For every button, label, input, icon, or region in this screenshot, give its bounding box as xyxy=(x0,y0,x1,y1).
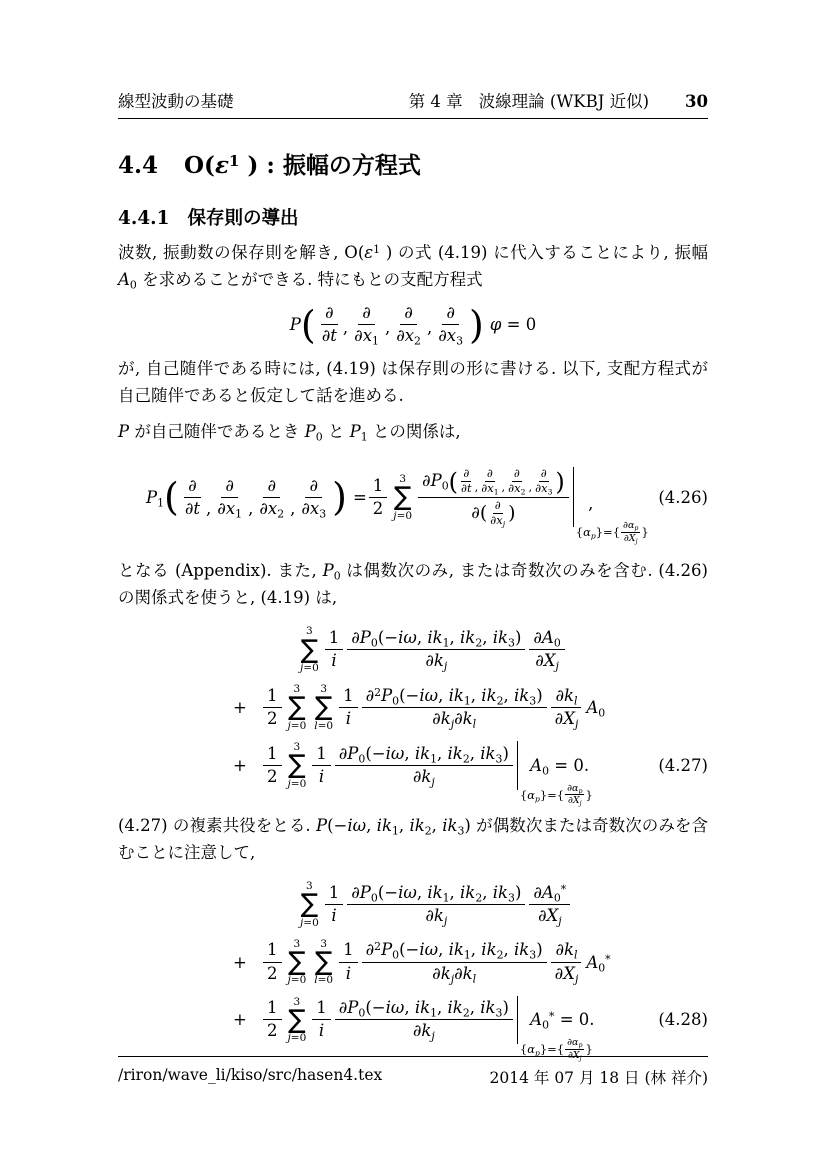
fraction: ∂∂t xyxy=(318,303,341,346)
fraction: ∂αp∂Xj xyxy=(565,783,584,807)
fraction: 1i xyxy=(325,883,344,926)
plus-operator: + xyxy=(233,953,261,972)
denominator: i xyxy=(327,650,340,671)
section-heading: 4.4 O(ε1 ) : 振幅の方程式 xyxy=(118,147,708,180)
fraction: ∂∂x3 xyxy=(434,303,467,346)
fraction: ∂∂xj xyxy=(488,499,507,528)
numerator: ∂ xyxy=(493,499,503,514)
denominator: 2 xyxy=(263,1020,282,1041)
sigma-symbol: ∑ xyxy=(288,753,306,778)
denominator: ∂Xj xyxy=(534,905,566,926)
denominator: ∂ ( ∂∂xj ) xyxy=(467,498,519,528)
numerator: ∂ xyxy=(485,467,495,482)
equation-4-27: 3∑j=0 1i ∂P0(−iω, ik1, ik2, ik3)∂kj ∂A0∂… xyxy=(118,625,708,789)
comma: , xyxy=(248,499,253,527)
fraction: ∂kl∂Xj xyxy=(551,686,583,729)
numerator: ∂ xyxy=(184,476,201,498)
numerator: ∂P0(−iω, ik1, ik2, ik3) xyxy=(335,998,513,1020)
page-number: 30 xyxy=(685,92,708,111)
footer-rule xyxy=(118,1056,708,1057)
denominator: ∂Xj xyxy=(551,708,583,729)
denominator: 2 xyxy=(263,708,282,729)
fraction: ∂∂x2 xyxy=(506,467,527,496)
numerator: ∂ xyxy=(461,467,471,482)
fraction: ∂∂x3 xyxy=(297,476,330,519)
denominator: ∂x1 xyxy=(479,482,500,496)
paragraph-3: P が自己随伴であるとき P0 と P1 との関係は, xyxy=(118,418,708,445)
vertical-bar xyxy=(517,996,518,1045)
numerator: ∂αp xyxy=(565,1037,584,1049)
math-token: {αp}= xyxy=(520,1042,557,1056)
sigma-symbol: ∑ xyxy=(288,950,306,975)
header-chapter-group: 第 4 章 波線理論 (WKBJ 近似) xyxy=(409,88,649,112)
equation-governing: P ( ∂∂t , ∂∂x1 , ∂∂x2 , ∂∂x3 ) φ = 0 xyxy=(118,303,708,346)
fraction-half: 12 xyxy=(263,686,282,729)
numerator: ∂ xyxy=(305,476,322,498)
fraction-half: 12 xyxy=(263,998,282,1041)
numerator: ∂ xyxy=(358,303,375,325)
equals-sign: = xyxy=(353,488,367,507)
numerator: ∂ xyxy=(263,476,280,498)
fraction: ∂P0(−iω, ik1, ik2, ik3)∂kj xyxy=(347,883,525,926)
numerator: 1 xyxy=(325,883,344,905)
fraction-half: 12 xyxy=(263,940,282,983)
header-chapter-number: 第 4 章 xyxy=(409,88,463,112)
section-title: O(ε1 ) : 振幅の方程式 xyxy=(184,147,421,180)
numerator: ∂P0 ( ∂∂t , ∂∂x1 , ∂∂x2 , ∂∂x3 ) xyxy=(418,467,569,498)
numerator: ∂P0(−iω, ik1, ik2, ik3) xyxy=(347,628,525,650)
evaluated-at-bar: {αp}= { ∂αp∂Xj } xyxy=(517,741,518,790)
right-paren: ) xyxy=(332,478,347,516)
denominator: 2 xyxy=(263,766,282,787)
denominator: ∂x2 xyxy=(506,482,527,496)
denominator: ∂Xj xyxy=(551,963,583,984)
sum-lower-limit: j=0 xyxy=(300,662,319,674)
header-rule xyxy=(118,118,708,119)
fraction: ∂∂t xyxy=(459,467,474,496)
numerator: ∂αp xyxy=(621,520,640,532)
header-right: 第 4 章 波線理論 (WKBJ 近似) 30 xyxy=(409,88,708,112)
comma: , xyxy=(290,499,295,527)
denominator: 2 xyxy=(369,498,388,519)
footer-row: /riron/wave_li/kiso/src/hasen4.tex 2014 … xyxy=(118,1066,708,1088)
main-fraction: ∂P0 ( ∂∂t , ∂∂x1 , ∂∂x2 , ∂∂x3 ) ∂ ( ∂∂x… xyxy=(418,467,569,527)
fraction-half: 12 xyxy=(263,744,282,787)
numerator: 1 xyxy=(339,686,358,708)
sum-lower-limit: j=0 xyxy=(288,974,307,986)
fraction: 1i xyxy=(339,940,358,983)
left-paren: ( xyxy=(301,306,316,344)
page-content: 線型波動の基礎 第 4 章 波線理論 (WKBJ 近似) 30 4.4 O(ε1… xyxy=(118,0,708,1066)
left-paren: ( xyxy=(480,504,487,523)
fraction: ∂∂x2 xyxy=(392,303,425,346)
fraction: 1i xyxy=(312,744,331,787)
fraction: ∂∂x3 xyxy=(533,467,554,496)
sum-lower-limit: j=0 xyxy=(288,778,307,790)
paragraph-4: となる (Appendix). また, P0 は偶数次のみ, または奇数次のみを… xyxy=(118,557,708,611)
sigma-symbol: ∑ xyxy=(315,950,333,975)
right-brace: } xyxy=(641,525,648,539)
sigma-symbol: ∑ xyxy=(301,638,319,663)
denominator: ∂Xj xyxy=(622,533,640,544)
fraction: ∂A0*∂Xj xyxy=(529,883,570,926)
numerator: ∂αp xyxy=(565,783,584,795)
summation: 3∑j=0 xyxy=(300,880,319,929)
math-token: A0 = 0. xyxy=(530,756,589,775)
fraction: ∂∂x2 xyxy=(255,476,288,519)
denominator: ∂t xyxy=(459,482,474,496)
sum-lower-limit: j=0 xyxy=(288,720,307,732)
numerator: 1 xyxy=(369,476,388,498)
evaluated-at-bar: {αp}= { ∂αp∂Xj } xyxy=(517,996,518,1045)
paragraph-2: が, 自己随伴である時には, (4.19) は保存則の形に書ける. 以下, 支配… xyxy=(118,355,708,409)
sigma-symbol: ∑ xyxy=(315,695,333,720)
header-chapter-title: 波線理論 (WKBJ 近似) xyxy=(479,88,649,112)
sigma-symbol: ∑ xyxy=(301,892,319,917)
numerator: ∂kl xyxy=(551,686,581,708)
math-token: P1 xyxy=(146,488,164,507)
sigma-symbol: ∑ xyxy=(394,485,412,510)
denominator: ∂x2 xyxy=(255,498,288,519)
denominator: ∂Xj xyxy=(531,650,563,671)
sum-lower-limit: j=0 xyxy=(288,1032,307,1044)
numerator: ∂kl xyxy=(551,940,581,962)
numerator: 1 xyxy=(263,998,282,1020)
equation-line-2: + 12 3∑j=0 3∑l=0 1i ∂2P0(−iω, ik1, ik2, … xyxy=(233,683,708,732)
fraction: ∂∂t xyxy=(181,476,204,519)
numerator: 1 xyxy=(263,686,282,708)
denominator: ∂kj xyxy=(409,766,439,787)
numerator: ∂ xyxy=(442,303,459,325)
fraction: ∂A0∂Xj xyxy=(529,628,564,671)
numerator: 1 xyxy=(263,744,282,766)
numerator: ∂2P0(−iω, ik1, ik2, ik3) xyxy=(362,686,547,708)
denominator: ∂kj∂kl xyxy=(428,963,480,984)
sigma-symbol: ∑ xyxy=(288,1008,306,1033)
fraction: ∂kl∂Xj xyxy=(551,940,583,983)
equation-number: (4.28) xyxy=(658,1010,708,1029)
right-brace: } xyxy=(585,788,592,802)
fraction: ∂∂x1 xyxy=(479,467,500,496)
footer-source-path: /riron/wave_li/kiso/src/hasen4.tex xyxy=(118,1066,382,1088)
left-brace: { xyxy=(557,788,564,802)
vertical-bar xyxy=(517,741,518,790)
evaluation-subscript: {αp}= { ∂αp∂Xj } xyxy=(520,783,593,807)
denominator: i xyxy=(315,1020,328,1041)
paragraph-5: (4.27) の複素共役をとる. P(−iω, ik1, ik2, ik3) が… xyxy=(118,812,708,866)
math-token: A0 xyxy=(586,698,605,717)
fraction: ∂P0(−iω, ik1, ik2, ik3)∂kj xyxy=(335,998,513,1041)
summation: 3∑j=0 xyxy=(288,683,307,732)
denominator: ∂kj∂kl xyxy=(428,708,480,729)
math-token: ∂ xyxy=(471,503,480,523)
denominator: ∂kj xyxy=(421,650,451,671)
fraction: ∂2P0(−iω, ik1, ik2, ik3)∂kj∂kl xyxy=(362,686,547,729)
fraction: ∂∂x1 xyxy=(213,476,246,519)
left-brace: { xyxy=(613,525,620,539)
numerator: ∂ xyxy=(539,467,549,482)
header-doc-title: 線型波動の基礎 xyxy=(118,88,234,112)
numerator: ∂ xyxy=(400,303,417,325)
denominator: ∂x1 xyxy=(350,325,383,346)
denominator: ∂t xyxy=(318,325,341,346)
comma: , xyxy=(588,482,593,513)
subsection-number: 4.4.1 xyxy=(118,208,170,229)
math-token: {αp}= xyxy=(576,525,613,539)
denominator: ∂x3 xyxy=(297,498,330,519)
fraction: 1i xyxy=(339,686,358,729)
numerator: ∂A0* xyxy=(529,883,570,905)
summation: 3∑j=0 xyxy=(288,741,307,790)
denominator: ∂x1 xyxy=(213,498,246,519)
numerator: ∂ xyxy=(221,476,238,498)
equation-line-1: 3∑j=0 1i ∂P0(−iω, ik1, ik2, ik3)∂kj ∂A0*… xyxy=(233,880,708,929)
denominator: i xyxy=(342,963,355,984)
summation: 3∑j=0 xyxy=(393,473,412,522)
summation: 3∑j=0 xyxy=(288,938,307,987)
comma: , xyxy=(502,480,506,496)
equation-4-26: P1 ( ∂∂t , ∂∂x1 , ∂∂x2 , ∂∂x3 ) = 12 3∑j… xyxy=(118,467,708,527)
denominator: ∂x2 xyxy=(392,325,425,346)
fraction-half: 12 xyxy=(369,476,388,519)
equation-4-28: 3∑j=0 1i ∂P0(−iω, ik1, ik2, ik3)∂kj ∂A0*… xyxy=(118,880,708,1044)
vertical-bar xyxy=(573,467,574,527)
math-token: φ = 0 xyxy=(490,315,536,334)
denominator: ∂x3 xyxy=(434,325,467,346)
numerator: ∂ xyxy=(321,303,338,325)
left-brace: { xyxy=(557,1042,564,1056)
denominator: ∂xj xyxy=(488,514,507,528)
footer-date-author: 2014 年 07 月 18 日 (林 祥介) xyxy=(490,1066,708,1088)
page-footer: /riron/wave_li/kiso/src/hasen4.tex 2014 … xyxy=(118,1056,708,1088)
math-token: ∂P0 xyxy=(422,471,449,491)
left-paren: ( xyxy=(164,478,179,516)
comma: , xyxy=(427,318,432,346)
comma: , xyxy=(343,318,348,346)
paragraph-1: 波数, 振動数の保存則を解き, O(ε1 ) の式 (4.19) に代入すること… xyxy=(118,239,708,293)
sum-lower-limit: j=0 xyxy=(393,510,412,522)
section-number: 4.4 xyxy=(118,152,158,179)
right-brace: } xyxy=(585,1042,592,1056)
denominator: ∂t xyxy=(181,498,204,519)
plus-operator: + xyxy=(233,698,261,717)
page-header: 線型波動の基礎 第 4 章 波線理論 (WKBJ 近似) 30 xyxy=(118,0,708,112)
left-paren: ( xyxy=(449,470,458,494)
comma: , xyxy=(475,480,479,496)
denominator: ∂kj xyxy=(409,1020,439,1041)
numerator: ∂ xyxy=(512,467,522,482)
fraction: ∂αp∂Xj xyxy=(621,520,640,544)
denominator: ∂Xj xyxy=(566,795,584,806)
summation: 3∑l=0 xyxy=(314,938,333,987)
fraction: 1i xyxy=(312,998,331,1041)
numerator: ∂P0(−iω, ik1, ik2, ik3) xyxy=(335,744,513,766)
equation-line-1: 3∑j=0 1i ∂P0(−iω, ik1, ik2, ik3)∂kj ∂A0∂… xyxy=(233,625,708,674)
right-paren: ) xyxy=(469,306,484,344)
denominator: i xyxy=(342,708,355,729)
sum-lower-limit: j=0 xyxy=(300,917,319,929)
plus-operator: + xyxy=(233,756,261,775)
summation: 3∑l=0 xyxy=(314,683,333,732)
evaluated-at-bar: {αp}= { ∂αp∂Xj } xyxy=(573,467,574,527)
fraction: ∂∂x1 xyxy=(350,303,383,346)
equation-number: (4.27) xyxy=(658,756,708,775)
numerator: 1 xyxy=(312,998,331,1020)
summation: 3∑j=0 xyxy=(288,996,307,1045)
sigma-symbol: ∑ xyxy=(288,695,306,720)
denominator: i xyxy=(327,905,340,926)
numerator: 1 xyxy=(312,744,331,766)
fraction: ∂2P0(−iω, ik1, ik2, ik3)∂kj∂kl xyxy=(362,940,547,983)
numerator: 1 xyxy=(263,940,282,962)
numerator: ∂P0(−iω, ik1, ik2, ik3) xyxy=(347,883,525,905)
comma: , xyxy=(385,318,390,346)
sum-lower-limit: l=0 xyxy=(314,974,333,986)
evaluation-subscript: {αp}= { ∂αp∂Xj } xyxy=(576,520,649,544)
right-paren: ) xyxy=(555,470,564,494)
denominator: i xyxy=(315,766,328,787)
numerator: ∂2P0(−iω, ik1, ik2, ik3) xyxy=(362,940,547,962)
numerator: 1 xyxy=(339,940,358,962)
comma: , xyxy=(528,480,532,496)
sum-lower-limit: l=0 xyxy=(314,720,333,732)
equation-number: (4.26) xyxy=(658,488,708,507)
denominator: ∂kj xyxy=(421,905,451,926)
plus-operator: + xyxy=(233,1010,261,1029)
equation-line-3: + 12 3∑j=0 1i ∂P0(−iω, ik1, ik2, ik3)∂kj… xyxy=(233,741,708,790)
comma: , xyxy=(206,499,211,527)
denominator: 2 xyxy=(263,963,282,984)
fraction: 1i xyxy=(325,628,344,671)
equation-line-3: + 12 3∑j=0 1i ∂P0(−iω, ik1, ik2, ik3)∂kj… xyxy=(233,996,708,1045)
numerator: ∂A0 xyxy=(529,628,564,650)
math-token: A0* xyxy=(586,953,610,972)
math-token: A0* = 0. xyxy=(530,1010,594,1029)
math-token: {αp}= xyxy=(520,788,557,802)
numerator: 1 xyxy=(325,628,344,650)
summation: 3∑j=0 xyxy=(300,625,319,674)
subsection-heading: 4.4.1 保存則の導出 xyxy=(118,204,708,230)
math-token: P xyxy=(290,315,301,334)
right-paren: ) xyxy=(508,504,515,523)
fraction: ∂P0(−iω, ik1, ik2, ik3)∂kj xyxy=(347,628,525,671)
denominator: ∂x3 xyxy=(533,482,554,496)
equation-line-2: + 12 3∑j=0 3∑l=0 1i ∂2P0(−iω, ik1, ik2, … xyxy=(233,938,708,987)
subsection-title: 保存則の導出 xyxy=(188,204,299,230)
fraction: ∂P0(−iω, ik1, ik2, ik3)∂kj xyxy=(335,744,513,787)
